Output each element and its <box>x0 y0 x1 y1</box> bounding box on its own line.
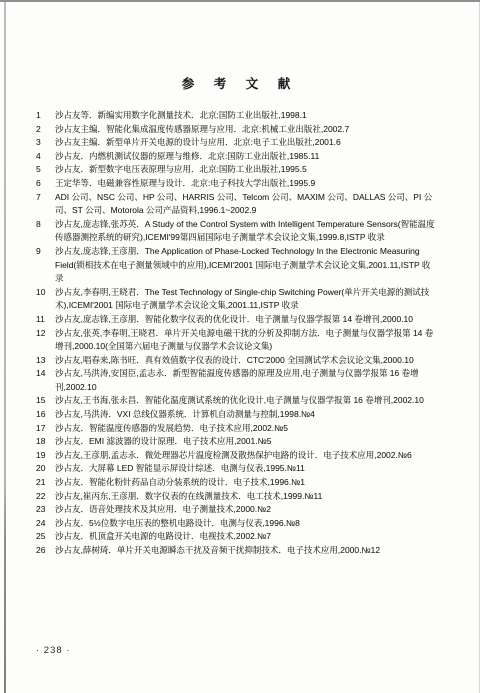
reference-number: 5 <box>36 163 52 177</box>
reference-number: 24 <box>36 517 52 531</box>
reference-text: 沙占友,庞志锋,王彦朋．智能化数字仪表的优化设计．电子测量与仪器学报第 14 卷… <box>55 314 413 324</box>
reference-text: 王定华等．电磁兼容性原理与设计．北京:电子科技大学出版社,1995.9 <box>55 178 315 188</box>
reference-text: 沙占友,庞志锋,王彦朋．The Application of Phase-Loc… <box>55 246 430 283</box>
reference-text: 沙占友,张英,李春明,王晓君．单片开关电源电磁干扰的分析及抑制方法．电子测量与仪… <box>55 328 433 352</box>
reference-text: 沙占友．智能化粉针药品自动分装系统的设计．电子技术,1996.№1 <box>55 477 305 487</box>
reference-text: 沙占友,王彦朋,孟志永．微处理器芯片温度检测及散热保护电路的设计．电子技术应用,… <box>55 450 412 460</box>
reference-number: 22 <box>36 490 52 504</box>
reference-number: 21 <box>36 476 52 490</box>
reference-text: 沙占友,唱春来,陈书旺．真有效值数字仪表的设计．CTC'2000 全国测试学术会… <box>55 355 414 365</box>
reference-text: 沙占友,马洪涛．VXI 总线仪器系统．计算机自动测量与控制,1998.№4 <box>55 409 315 419</box>
reference-item: 12 沙占友,张英,李春明,王晓君．单片开关电源电磁干扰的分析及抑制方法．电子测… <box>36 327 438 354</box>
reference-number: 15 <box>36 394 52 408</box>
reference-item: 20 沙占友．大屏幕 LED 智能显示屏设计综述．电测与仪表,1995.№11 <box>36 462 438 476</box>
reference-number: 13 <box>36 354 52 368</box>
reference-item: 7 ADI 公司、NSC 公司、HP 公司、HARRIS 公司、Telcom 公… <box>36 191 438 218</box>
reference-item: 5 沙占友．新型数字电压表原理与应用．北京:国防工业出版社,1995.5 <box>36 163 438 177</box>
reference-number: 12 <box>36 327 52 341</box>
reference-number: 14 <box>36 367 52 381</box>
reference-item: 13 沙占友,唱春来,陈书旺．真有效值数字仪表的设计．CTC'2000 全国测试… <box>36 354 438 368</box>
reference-text: 沙占友主编．智能化集成温度传感器原理与应用．北京:机械工业出版社,2002.7 <box>55 124 349 134</box>
scan-edge-top <box>0 0 480 2</box>
reference-number: 26 <box>36 544 52 558</box>
reference-item: 9 沙占友,庞志锋,王彦朋．The Application of Phase-L… <box>36 245 438 286</box>
reference-text: 沙占友,崔丙东,王彦朋．数字仪表的在线测量技术．电工技术,1999.№11 <box>55 491 322 501</box>
reference-number: 7 <box>36 191 52 205</box>
reference-item: 1 沙占友等．新编实用数字化测量技术．北京:国防工业出版社,1998.1 <box>36 109 438 123</box>
reference-item: 26 沙占友,薛树琦．单片开关电源瞬态干扰及音频干扰抑制技术．电子技术应用,20… <box>36 544 438 558</box>
page-number: · 238 · <box>36 645 70 656</box>
reference-text: 沙占友．EMI 滤波器的设计原理．电子技术应用,2001.№5 <box>55 436 271 446</box>
reference-number: 16 <box>36 408 52 422</box>
reference-text: 沙占友．新型数字电压表原理与应用．北京:国防工业出版社,1995.5 <box>55 164 307 174</box>
reference-item: 19 沙占友,王彦朋,孟志永．微处理器芯片温度检测及散热保护电路的设计．电子技术… <box>36 449 438 463</box>
reference-text: 沙占友,马洪涛,安国臣,孟志永．新型智能温度传感器的原理及应用,电子测量与仪器学… <box>55 368 419 392</box>
reference-item: 6 王定华等．电磁兼容性原理与设计．北京:电子科技大学出版社,1995.9 <box>36 177 438 191</box>
reference-item: 24 沙占友．5½位数字电压表的整机电路设计．电测与仪表,1996.№8 <box>36 517 438 531</box>
reference-text: 沙占友．5½位数字电压表的整机电路设计．电测与仪表,1996.№8 <box>55 518 300 528</box>
reference-number: 10 <box>36 286 52 300</box>
scan-edge-left <box>4 2 6 693</box>
reference-text: 沙占友,庞志锋,张苏英．A Study of the Control Syste… <box>55 219 435 243</box>
reference-text: 沙占友．大屏幕 LED 智能显示屏设计综述．电测与仪表,1995.№11 <box>55 463 305 473</box>
page-title: 参 考 文 献 <box>0 0 480 92</box>
reference-text: 沙占友．机顶盒开关电源的电路设计．电视技术,2002.№7 <box>55 531 271 541</box>
reference-text: 沙占友．语音处理技术及其应用．电子测量技术,2000.№2 <box>55 504 271 514</box>
reference-item: 18 沙占友．EMI 滤波器的设计原理．电子技术应用,2001.№5 <box>36 435 438 449</box>
reference-number: 17 <box>36 422 52 436</box>
reference-text: 沙占友,薛树琦．单片开关电源瞬态干扰及音频干扰抑制技术．电子技术应用,2000.… <box>55 545 380 555</box>
reference-text: 沙占友等．新编实用数字化测量技术．北京:国防工业出版社,1998.1 <box>55 110 307 120</box>
reference-number: 1 <box>36 109 52 123</box>
reference-item: 14 沙占友,马洪涛,安国臣,孟志永．新型智能温度传感器的原理及应用,电子测量与… <box>36 367 438 394</box>
reference-item: 8 沙占友,庞志锋,张苏英．A Study of the Control Sys… <box>36 218 438 245</box>
reference-text: 沙占友．智能温度传感器的发展趋势．电子技术应用,2002.№5 <box>55 423 288 433</box>
reference-number: 9 <box>36 245 52 259</box>
reference-item: 25 沙占友．机顶盒开关电源的电路设计．电视技术,2002.№7 <box>36 530 438 544</box>
reference-item: 2 沙占友主编．智能化集成温度传感器原理与应用．北京:机械工业出版社,2002.… <box>36 123 438 137</box>
reference-text: 沙占友．内燃机测试仪器的原理与维修．北京:国防工业出版社,1985.11 <box>55 151 319 161</box>
reference-item: 22 沙占友,崔丙东,王彦朋．数字仪表的在线测量技术．电工技术,1999.№11 <box>36 490 438 504</box>
reference-number: 4 <box>36 150 52 164</box>
reference-number: 20 <box>36 462 52 476</box>
reference-item: 11 沙占友,庞志锋,王彦朋．智能化数字仪表的优化设计．电子测量与仪器学报第 1… <box>36 313 438 327</box>
reference-number: 23 <box>36 503 52 517</box>
reference-number: 6 <box>36 177 52 191</box>
document-page: 参 考 文 献 1 沙占友等．新编实用数字化测量技术．北京:国防工业出版社,19… <box>0 0 480 693</box>
reference-item: 15 沙占友,王书海,张永昌．智能化温度测试系统的优化设计,电子测量与仪器学报第… <box>36 394 438 408</box>
reference-number: 11 <box>36 313 52 327</box>
reference-number: 18 <box>36 435 52 449</box>
reference-number: 8 <box>36 218 52 232</box>
reference-text: 沙占友,王书海,张永昌．智能化温度测试系统的优化设计,电子测量与仪器学报第 16… <box>55 395 424 405</box>
reference-number: 3 <box>36 136 52 150</box>
reference-text: 沙占友主编．新型单片开关电源的设计与应用．北京:电子工业出版社,2001.6 <box>55 137 341 147</box>
reference-text: 沙占友,李春明,王晓君．The Test Technology of Singl… <box>55 287 429 311</box>
reference-number: 2 <box>36 123 52 137</box>
reference-text: ADI 公司、NSC 公司、HP 公司、HARRIS 公司、Telcom 公司、… <box>55 192 432 216</box>
reference-number: 25 <box>36 530 52 544</box>
reference-item: 17 沙占友．智能温度传感器的发展趋势．电子技术应用,2002.№5 <box>36 422 438 436</box>
reference-item: 10 沙占友,李春明,王晓君．The Test Technology of Si… <box>36 286 438 313</box>
reference-item: 4 沙占友．内燃机测试仪器的原理与维修．北京:国防工业出版社,1985.11 <box>36 150 438 164</box>
reference-item: 16 沙占友,马洪涛．VXI 总线仪器系统．计算机自动测量与控制,1998.№4 <box>36 408 438 422</box>
reference-item: 23 沙占友．语音处理技术及其应用．电子测量技术,2000.№2 <box>36 503 438 517</box>
reference-list: 1 沙占友等．新编实用数字化测量技术．北京:国防工业出版社,1998.1 2 沙… <box>36 109 438 558</box>
reference-number: 19 <box>36 449 52 463</box>
reference-item: 21 沙占友．智能化粉针药品自动分装系统的设计．电子技术,1996.№1 <box>36 476 438 490</box>
reference-item: 3 沙占友主编．新型单片开关电源的设计与应用．北京:电子工业出版社,2001.6 <box>36 136 438 150</box>
